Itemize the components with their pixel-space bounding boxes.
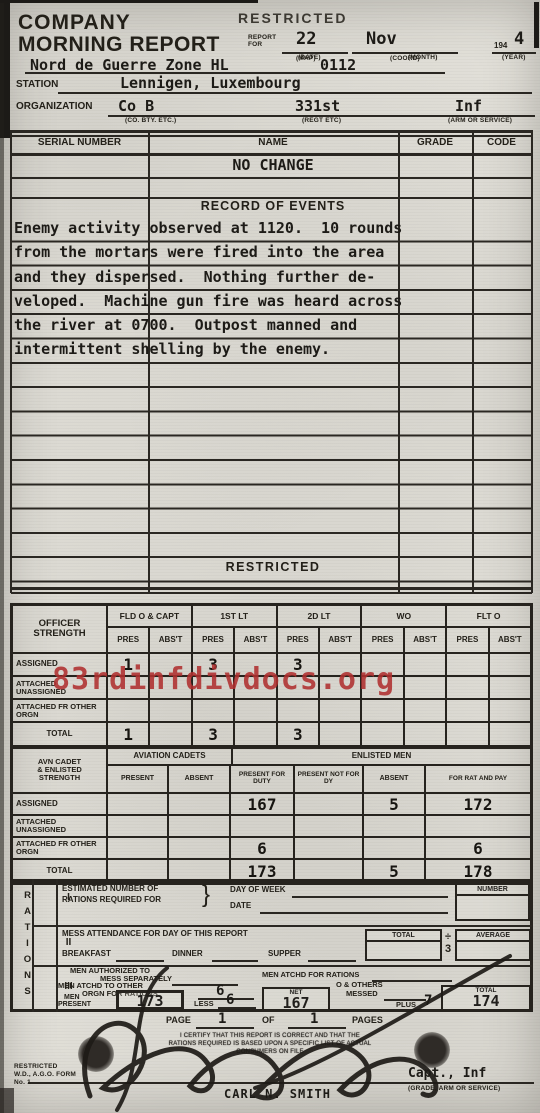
men-atchd-for-rations-line: [372, 980, 452, 982]
estimated-rations-line2: RATIONS REQUIRED FOR: [62, 896, 161, 904]
officer-cell: [362, 700, 404, 721]
col-en-absent: ABSENT: [364, 766, 426, 792]
pages-line: [288, 1027, 346, 1029]
col-av-present: PRESENT: [108, 766, 169, 792]
page-line: [196, 1027, 254, 1029]
officer-cell: [447, 723, 489, 746]
day-of-week-line: [292, 896, 448, 898]
roster-col-serial: SERIAL NUMBER: [11, 138, 148, 149]
page-label: PAGE: [166, 1016, 191, 1025]
morning-report-scan: COMPANY RESTRICTED MORNING REPORT REPORT…: [0, 0, 540, 1113]
officer-sub-abst-1: ABS'T: [150, 628, 192, 652]
grade-sublabel: (GRADE, ARM OR SERVICE): [408, 1086, 500, 1093]
typed-name: CARL N. SMITH: [224, 1087, 331, 1101]
enlisted-row-attached-unassigned-label: ATTACHED UNASSIGNED: [13, 816, 108, 836]
enlisted-cell: 167: [231, 794, 295, 814]
enlisted-row-attached-unassigned: ATTACHED UNASSIGNED: [13, 816, 530, 838]
rations-side-label: RATIONS: [11, 882, 32, 1010]
scan-edge-top: [0, 0, 258, 3]
officer-strength-label: OFFICER STRENGTH: [13, 606, 108, 652]
officer-cell: 3: [278, 723, 320, 746]
officer-row-total: TOTAL 1 3 3: [13, 723, 530, 746]
mess-total-box-label: TOTAL: [367, 931, 440, 942]
breakfast-label: BREAKFAST: [62, 950, 111, 958]
station-label: STATION: [16, 80, 58, 91]
rations-row1-divider: [33, 925, 532, 927]
men-present-value: 173: [119, 993, 181, 1008]
station-value: Lennigen, Luxembourg: [120, 74, 301, 92]
roster-col-code: CODE: [472, 138, 531, 149]
form-id-line2: W.D., A.G.O. FORM: [14, 1072, 76, 1079]
enlisted-row-assigned-label: ASSIGNED: [13, 794, 108, 814]
date-month-value: Nov: [366, 29, 397, 49]
officer-cell: [320, 700, 362, 721]
officer-cell: [405, 700, 447, 721]
officer-group-2d-lt: 2D LT: [278, 606, 363, 626]
rations-numeral-2: II: [57, 938, 80, 949]
officer-sub-pres-4: PRES: [362, 628, 404, 652]
date-field-label: DATE: [230, 902, 251, 910]
less-line: [218, 1007, 256, 1009]
officer-cell: 3: [193, 723, 235, 746]
roster-bottom-rule-1: [11, 587, 532, 590]
officer-cell: [193, 700, 235, 721]
officer-cell: [405, 654, 447, 675]
date-year-sublabel: (YEAR): [502, 55, 526, 62]
enlisted-cell: [295, 838, 364, 858]
coord-sublabel: (COORD): [390, 56, 420, 63]
enlisted-cell: [295, 794, 364, 814]
enlisted-cell: [169, 838, 231, 858]
average-box-label: AVERAGE: [457, 931, 529, 942]
enlisted-cell: [108, 816, 169, 836]
enlisted-cell: [426, 816, 530, 836]
supper-line: [308, 960, 356, 962]
officer-cell: [405, 723, 447, 746]
rations-total-value: 174: [443, 994, 529, 1008]
officer-sub-abst-2: ABS'T: [235, 628, 277, 652]
classification-top: RESTRICTED: [238, 11, 347, 26]
scan-edge-top-right: [534, 2, 539, 48]
officer-cell: [320, 723, 362, 746]
officer-group-1st-lt: 1ST LT: [193, 606, 278, 626]
enlisted-cell: [364, 838, 426, 858]
dinner-label: DINNER: [172, 950, 203, 958]
report-for-label: REPORT FOR: [248, 34, 276, 48]
enlisted-cell: [364, 816, 426, 836]
officer-group-flt-o: FLT O: [447, 606, 530, 626]
dinner-line: [212, 960, 258, 962]
page-value: 1: [218, 1011, 226, 1027]
officer-cell: [490, 654, 530, 675]
officer-cell: [362, 723, 404, 746]
org-regt-sublabel: (REGT ETC): [302, 118, 341, 125]
officer-strength-label-2: STRENGTH: [33, 629, 85, 639]
form-id-line3: No. 1: [14, 1080, 31, 1087]
record-line-6: intermittent shelling by the enemy.: [14, 340, 330, 358]
col-en-present-duty: PRESENT FOR DUTY: [231, 766, 295, 792]
divide-number: 3: [445, 944, 451, 956]
no-change-entry: NO CHANGE: [148, 156, 398, 174]
enlisted-row-attached-fr-other: ATTACHED FR OTHER ORGN 6 6: [13, 838, 530, 860]
number-box-value: [457, 896, 528, 897]
date-month-line: [352, 52, 458, 54]
officer-cell: [235, 723, 277, 746]
enlisted-cell: [108, 838, 169, 858]
enlisted-cell: 5: [364, 794, 426, 814]
officer-cell: [235, 700, 277, 721]
officer-row-total-label: TOTAL: [13, 723, 108, 746]
day-of-week-label: DAY OF WEEK: [230, 886, 286, 894]
grade-value: Capt., Inf: [408, 1066, 486, 1081]
number-box-label: NUMBER: [457, 885, 528, 896]
enlisted-strength-label-3: STRENGTH: [39, 774, 80, 782]
officer-row-attached-fr-other: ATTACHED FR OTHER ORGN: [13, 700, 530, 723]
enlisted-row-attached-fr-other-label: ATTACHED FR OTHER ORGN: [13, 838, 108, 858]
roster-bottom-rule-2: [11, 592, 532, 594]
breakfast-line: [116, 960, 164, 962]
officer-sub-abst-3: ABS'T: [320, 628, 362, 652]
mess-total-box-value: [367, 942, 440, 943]
form-title-line1: COMPANY: [18, 12, 131, 34]
officer-cell: [490, 723, 530, 746]
officer-sub-pres-1: PRES: [108, 628, 150, 652]
date-day-value: 22: [296, 29, 316, 49]
officer-cell: [447, 677, 489, 698]
col-av-absent: ABSENT: [169, 766, 231, 792]
enlisted-cell: 172: [426, 794, 530, 814]
roster-col-grade: GRADE: [398, 138, 472, 149]
mess-total-box: TOTAL: [365, 929, 442, 961]
enlisted-cell: [169, 816, 231, 836]
certification-line-2: RATIONS REQUIRED IS BASED UPON A SPECIFI…: [120, 1041, 420, 1047]
of-label: OF: [262, 1016, 275, 1025]
supper-label: SUPPER: [268, 950, 301, 958]
group-enlisted-men: ENLISTED MEN: [233, 748, 530, 764]
pages-label: PAGES: [352, 1016, 383, 1025]
col-en-for-rat-pay: FOR RAT AND PAY: [426, 766, 530, 792]
certification-line-3: CONSUMERS ON FILE: [120, 1049, 420, 1055]
report-for-line1: REPORT: [248, 34, 276, 41]
org-arm-value: Inf: [455, 97, 482, 115]
estimated-rations-line1: ESTIMATED NUMBER OF: [62, 885, 158, 893]
officer-cell: [150, 700, 192, 721]
watermark: 83rdinfdivdocs.org: [52, 662, 395, 697]
enlisted-strength-label: AVN CADET & ENLISTED STRENGTH: [13, 748, 108, 792]
less-label: LESS: [194, 1000, 214, 1008]
scan-edge-left: [0, 0, 4, 1113]
officer-group-fldo-capt: FLD O & CAPT: [108, 606, 193, 626]
plus-label: PLUS: [396, 1001, 416, 1009]
others-messed-line2: MESSED: [346, 990, 378, 998]
certification-line-1: I CERTIFY THAT THIS REPORT IS CORRECT AN…: [120, 1033, 420, 1039]
date-field-line: [260, 912, 448, 914]
form-title-line2: MORNING REPORT: [18, 34, 220, 56]
officer-cell: [405, 677, 447, 698]
form-id-line1: RESTRICTED: [14, 1064, 58, 1071]
officer-row-attached-fr-other-label: ATTACHED FR OTHER ORGN: [13, 700, 108, 721]
pages-value: 1: [310, 1011, 318, 1027]
officer-cell: [490, 677, 530, 698]
enlisted-cell: [231, 816, 295, 836]
record-line-2: from the mortars were fired into the are…: [14, 243, 384, 261]
net-box: NET 167: [262, 987, 330, 1011]
officer-cell: 1: [108, 723, 150, 746]
map-sublabel: (MAP): [296, 56, 316, 63]
rations-brace: }: [202, 882, 210, 907]
no-change-rule: [11, 177, 532, 179]
men-present-line2: PRESENT: [58, 1001, 91, 1008]
record-line-5: the river at 0700. Outpost manned and: [14, 316, 357, 334]
roster-col-name: NAME: [148, 138, 398, 149]
record-line-3: and they dispersed. Nothing further de-: [14, 268, 375, 286]
organization-label: ORGANIZATION: [16, 102, 92, 113]
officer-sub-abst-5: ABS'T: [490, 628, 530, 652]
less-value: 6: [226, 992, 234, 1008]
punch-hole-right: [414, 1032, 450, 1068]
average-box-value: [457, 942, 529, 943]
classification-middle: RESTRICTED: [148, 561, 398, 574]
mess-attendance-label: MESS ATTENDANCE FOR DAY OF THIS REPORT: [62, 930, 248, 938]
officer-cell: [108, 700, 150, 721]
officer-cell: [447, 700, 489, 721]
men-atchd-other-value: 6: [216, 983, 224, 999]
enlisted-strength-table: AVN CADET & ENLISTED STRENGTH AVIATION C…: [10, 745, 533, 885]
year-prefix: 194: [494, 42, 507, 50]
officer-group-wo: WO: [362, 606, 447, 626]
org-unit-sublabel: (CO. BTY. ETC.): [125, 118, 176, 125]
enlisted-cell: [169, 794, 231, 814]
officer-sub-pres-2: PRES: [193, 628, 235, 652]
enlisted-cell: 6: [426, 838, 530, 858]
punch-hole-left: [78, 1036, 114, 1072]
divide-symbol: ÷: [445, 932, 451, 944]
officer-cell: [278, 700, 320, 721]
enlisted-cell: [295, 816, 364, 836]
org-unit-value: Co B: [118, 97, 154, 115]
scan-edge-bottom-left: [0, 1088, 14, 1113]
enlisted-cell: 6: [231, 838, 295, 858]
officer-sub-pres-3: PRES: [278, 628, 320, 652]
enlisted-row-assigned: ASSIGNED 167 5 172: [13, 794, 530, 816]
org-arm-sublabel: (ARM OR SERVICE): [448, 118, 512, 125]
rations-total-box: TOTAL 174: [441, 985, 531, 1011]
signature-line: [28, 1082, 534, 1084]
record-of-events-header: RECORD OF EVENTS: [148, 200, 398, 213]
net-value: 167: [264, 996, 328, 1009]
average-box: AVERAGE: [455, 929, 531, 961]
col-en-present-not-duty: PRESENT NOT FOR DY: [295, 766, 364, 792]
others-messed-line1: O & OTHERS: [336, 981, 383, 989]
men-atchd-for-rations-label: MEN ATCHD FOR RATIONS: [262, 971, 359, 979]
report-for-line2: FOR: [248, 41, 262, 48]
record-line-1: Enemy activity observed at 1120. 10 roun…: [14, 219, 402, 237]
date-year-value: 4: [514, 29, 524, 49]
group-aviation-cadets: AVIATION CADETS: [108, 748, 233, 764]
roster-top-rule-1: [11, 130, 532, 133]
plus-value: 7: [424, 993, 432, 1009]
officer-sub-pres-5: PRES: [447, 628, 489, 652]
mess-separately-line: [172, 984, 238, 986]
record-line-4: veloped. Machine gun fire was heard acro…: [14, 292, 402, 310]
station-line: [58, 92, 532, 94]
officer-cell: [490, 700, 530, 721]
officer-cell: [447, 654, 489, 675]
officer-sub-abst-4: ABS'T: [405, 628, 447, 652]
enlisted-cell: [108, 794, 169, 814]
officer-cell: [150, 723, 192, 746]
number-box: NUMBER: [455, 883, 530, 921]
men-present-box: 173: [116, 990, 184, 1010]
org-regt-value: 331st: [295, 97, 340, 115]
